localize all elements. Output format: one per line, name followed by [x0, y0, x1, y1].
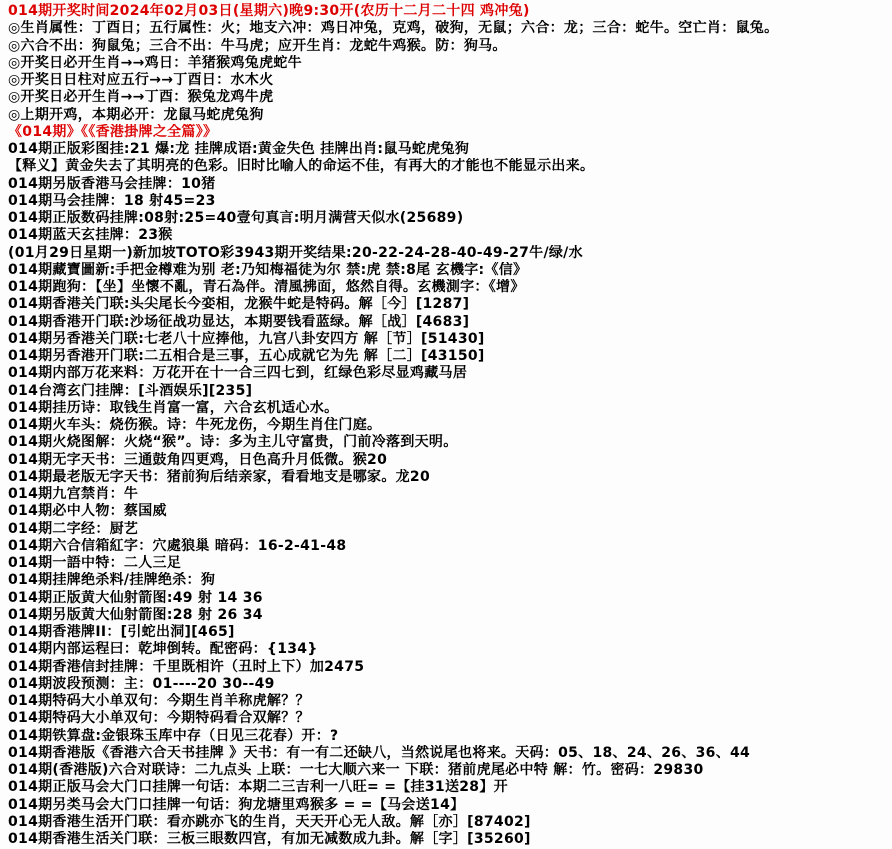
- info-line: 014期香港关门联:头尖尾长今娈相，龙猴牛蛇是特码。解［今］[1287]: [8, 296, 888, 313]
- info-line: 014期藏寶圖新:手把金樽难为别 老:乃知梅福徒为尔 禁:虎 禁:8尾 玄機字:…: [8, 262, 888, 279]
- info-line: 014期香港牌II：[引蛇出洞][465]: [8, 624, 888, 641]
- info-line: 014期跑狗：【坐】坐懷不亂，青石為伴。清風拂面，悠然自得。玄機測字：《增》: [8, 279, 888, 296]
- info-line: ◎开奖日日柱对应五行→→丁酉日：水木火: [8, 72, 888, 89]
- info-line: ◎开奖日必开生肖→→丁酉：猴兔龙鸡牛虎: [8, 89, 888, 106]
- info-line: 014期另类马会大门口挂牌一句话：狗龙塘里鸡猴多 = =【马会送14】: [8, 797, 888, 814]
- info-line: 014期二字经：厨艺: [8, 521, 888, 538]
- info-line: 014期正版黄大仙射箭图:49 射 14 36: [8, 590, 888, 607]
- info-line: 014期香港信封挂牌：千里既相许（丑时上下）加2475: [8, 659, 888, 676]
- info-line: 014期另香港关门联:七老八十应捧他，九宫八卦安四方 解［节］[51430]: [8, 331, 888, 348]
- info-line: 014期铁算盘:金银珠玉库中存（日见三花春）开：?: [8, 728, 888, 745]
- info-line: 014期正版数码挂牌:08射:25=40壹句真言:明月满营天似水(25689): [8, 210, 888, 227]
- info-line: 014期内部运程曰：乾坤倒转。配密码：{134}: [8, 641, 888, 658]
- lottery-info-page: 014期开奖时间2024年02月03日(星期六)晚9:30开(农历十二月二十四 …: [0, 0, 892, 849]
- info-line: 014期波段预测：主：01----20 30--49: [8, 676, 888, 693]
- info-line: 014期另香港开门联:二五相合是三事，五心成就它为先 解［二］[43150]: [8, 348, 888, 365]
- info-line: 014期无字天书：三通鼓角四更鸡，日色高升月低微。猴20: [8, 452, 888, 469]
- info-line: 014期挂牌绝杀料/挂牌绝杀：狗: [8, 572, 888, 589]
- info-line: 014期香港生活关门联：三板三眼数四宫，有加无减数成九卦。解［字］[35260]: [8, 831, 888, 848]
- info-line: 014期另版香港马会挂牌：10猪: [8, 176, 888, 193]
- info-line: (01月29日星期一)新加坡TOTO彩3943期开奖结果:20-22-24-28…: [8, 245, 888, 262]
- info-line: 014期香港生活开门联：看亦跳亦飞的生肖，天天开心无人敌。解［亦］[87402]: [8, 814, 888, 831]
- info-line: 014期特码大小单双句：今期生肖羊称虎解？？: [8, 693, 888, 710]
- info-line: 014期蓝天玄挂牌：23猴: [8, 227, 888, 244]
- section-title: 《014期》《《香港掛牌之全篇》》: [8, 124, 888, 141]
- info-line: 014期必中人物：蔡国威: [8, 503, 888, 520]
- info-line: 014期挂历诗：取钱生肖富一富，六合玄机适心水。: [8, 400, 888, 417]
- info-line: 014期(香港版)六合对联诗：二九点头 上联：一七大顺六来一 下联：猪前虎尾必中…: [8, 762, 888, 779]
- info-line: 014期正版马会大门口挂牌一句话：本期二三吉利一八旺= =【挂31送28】开: [8, 779, 888, 796]
- info-line: 014期正版彩图挂:21 爆:龙 挂牌成语:黄金失色 挂牌出肖:鼠马蛇虎兔狗: [8, 141, 888, 158]
- info-line: 014期香港版《香港六合天书挂牌 》天书：有一有二还缺八，当然说尾也将来。天码：…: [8, 745, 888, 762]
- text-lines-container: 014期开奖时间2024年02月03日(星期六)晚9:30开(农历十二月二十四 …: [8, 3, 888, 848]
- info-line: 014台湾玄门挂牌：[斗酒娱乐][235]: [8, 383, 888, 400]
- info-line: 014期特码大小单双句：今期特码看合双解？？: [8, 710, 888, 727]
- info-line: 014期火烧图解：火烧“猴”。诗：多为主儿守富贵，门前冷落到天明。: [8, 434, 888, 451]
- info-line: ◎生肖属性：丁酉日；五行属性：火；地支六冲：鸡日冲兔，克鸡，破狗，无鼠；六合：龙…: [8, 20, 888, 37]
- info-line: 014期一語中特：二人三足: [8, 555, 888, 572]
- info-line: 014期香港开门联:沙场征战功显达，本期要钱看蓝绿。解［战］[4683]: [8, 314, 888, 331]
- draw-time-header: 014期开奖时间2024年02月03日(星期六)晚9:30开(农历十二月二十四 …: [8, 3, 888, 20]
- info-line: ◎上期开鸡，本期必开：龙鼠马蛇虎兔狗: [8, 107, 888, 124]
- info-line: 【释义】黄金失去了其明亮的色彩。旧时比喻人的命运不佳，有再大的才能也不能显示出来…: [8, 158, 888, 175]
- info-line: 014期另版黄大仙射箭图:28 射 26 34: [8, 607, 888, 624]
- info-line: 014期最老版无字天书：猪前狗后结亲家，看看地支是哪家。龙20: [8, 469, 888, 486]
- info-line: 014期九宫禁肖：牛: [8, 486, 888, 503]
- info-line: ◎六合不出：狗鼠兔；三合不出：牛马虎；应开生肖：龙蛇牛鸡猴。防：狗马。: [8, 38, 888, 55]
- info-line: 014期六合信箱紅字：穴處狼巢 暗码：16-2-41-48: [8, 538, 888, 555]
- info-line: ◎开奖日必开生肖→→鸡日：羊猪猴鸡兔虎蛇牛: [8, 55, 888, 72]
- info-line: 014期内部万花来料：万花开在十一合三四七到，红绿色彩尽显鸡藏马居: [8, 365, 888, 382]
- info-line: 014期马会挂牌：18 射45=23: [8, 193, 888, 210]
- info-line: 014期火车头：烧伤猴。诗：牛死龙伤，今期生肖住门庭。: [8, 417, 888, 434]
